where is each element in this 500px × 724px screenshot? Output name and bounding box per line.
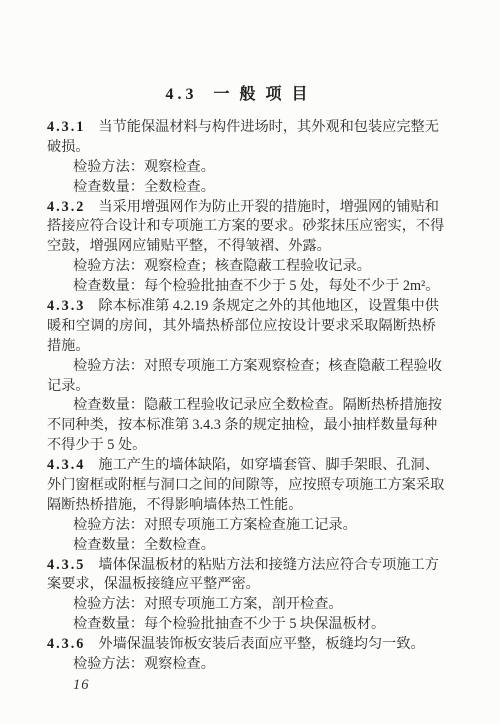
text-line: 检查数量：全数检查。 — [47, 536, 436, 556]
text-line: 检验方法：观察检查。 — [47, 158, 436, 178]
text-line: 4.3.2当采用增强网作为防止开裂的措施时，增强网的铺贴和 — [47, 198, 436, 218]
text-line: 检验方法：对照专项施工方案，剖开检查。 — [47, 595, 436, 615]
clause-number: 4.3.4 — [47, 457, 85, 473]
clause-number: 4.3.3 — [47, 298, 85, 314]
clause-text: 当节能保温材料与构件进场时，其外观和包装应完整无 — [98, 119, 439, 135]
text-line: 检查数量：每个检验批抽查不少于 5 块保温板材。 — [47, 615, 436, 635]
document-page: 4.3一般项目 4.3.1当节能保温材料与构件进场时，其外观和包装应完整无破损。… — [0, 0, 500, 724]
clause-number: 4.3.2 — [47, 199, 85, 215]
text-line: 破损。 — [47, 138, 436, 158]
clause-4.3.4: 4.3.4施工产生的墙体缺陷，如穿墙套管、脚手架眼、孔洞、外门窗框或附框与洞口之… — [47, 456, 436, 555]
text-line: 措施。 — [47, 337, 436, 357]
page-number: 16 — [73, 677, 90, 694]
text-line: 检验方法：观察检查。 — [47, 655, 436, 675]
clause-number: 4.3.1 — [47, 119, 85, 135]
text-line: 不得少于 5 处。 — [47, 436, 436, 456]
text-line: 记录。 — [47, 377, 436, 397]
clause-text: 外墙保温装饰板安装后表面应平整，板缝均匀一致。 — [98, 636, 424, 652]
text-line: 不同种类，按本标准第 3.4.3 条的规定抽检，最小抽样数量每种 — [47, 416, 436, 436]
clause-4.3.1: 4.3.1当节能保温材料与构件进场时，其外观和包装应完整无破损。检验方法：观察检… — [47, 118, 436, 198]
clause-number: 4.3.6 — [47, 636, 85, 652]
text-line: 检查数量：全数检查。 — [47, 178, 436, 198]
text-line: 4.3.1当节能保温材料与构件进场时，其外观和包装应完整无 — [47, 118, 436, 138]
section-title: 一般项目 — [213, 86, 317, 103]
clause-text: 施工产生的墙体缺陷，如穿墙套管、脚手架眼、孔洞、 — [98, 457, 439, 473]
text-line: 检验方法：对照专项施工方案检查施工记录。 — [47, 516, 436, 536]
clause-4.3.3: 4.3.3除本标准第 4.2.19 条规定之外的其他地区，设置集中供暖和空调的房… — [47, 297, 436, 456]
text-line: 检查数量：每个检验批抽查不少于 5 处，每处不少于 2m²。 — [47, 277, 436, 297]
section-number: 4.3 — [165, 86, 197, 103]
text-line: 4.3.6外墙保温装饰板安装后表面应平整，板缝均匀一致。 — [47, 635, 436, 655]
section-heading: 4.3一般项目 — [47, 84, 436, 106]
clause-text: 除本标准第 4.2.19 条规定之外的其他地区，设置集中供 — [98, 298, 439, 314]
clause-number: 4.3.5 — [47, 557, 85, 573]
text-line: 4.3.5墙体保温板材的粘贴方法和接缝方法应符合专项施工方 — [47, 556, 436, 576]
clause-4.3.5: 4.3.5墙体保温板材的粘贴方法和接缝方法应符合专项施工方案要求，保温板接缝应平… — [47, 556, 436, 636]
text-line: 检验方法：观察检查；核查隐蔽工程验收记录。 — [47, 257, 436, 277]
text-line: 空鼓，增强网应铺贴平整，不得皱褶、外露。 — [47, 237, 436, 257]
text-line: 外门窗框或附框与洞口之间的间隙等，应按照专项施工方案采取 — [47, 476, 436, 496]
clause-4.3.2: 4.3.2当采用增强网作为防止开裂的措施时，增强网的铺贴和搭接应符合设计和专项施… — [47, 198, 436, 297]
text-line: 隔断热桥措施，不得影响墙体热工性能。 — [47, 496, 436, 516]
text-line: 暖和空调的房间，其外墙热桥部位应按设计要求采取隔断热桥 — [47, 317, 436, 337]
text-line: 检验方法：对照专项施工方案观察检查；核查隐蔽工程验收 — [47, 357, 436, 377]
text-line: 4.3.3除本标准第 4.2.19 条规定之外的其他地区，设置集中供 — [47, 297, 436, 317]
clause-text: 当采用增强网作为防止开裂的措施时，增强网的铺贴和 — [98, 199, 439, 215]
text-line: 案要求，保温板接缝应平整严密。 — [47, 575, 436, 595]
clause-text: 墙体保温板材的粘贴方法和接缝方法应符合专项施工方 — [98, 557, 439, 573]
clause-4.3.6: 4.3.6外墙保温装饰板安装后表面应平整，板缝均匀一致。检验方法：观察检查。 — [47, 635, 436, 675]
text-line: 4.3.4施工产生的墙体缺陷，如穿墙套管、脚手架眼、孔洞、 — [47, 456, 436, 476]
text-line: 检查数量：隐蔽工程验收记录应全数检查。隔断热桥措施按 — [47, 396, 436, 416]
clauses-container: 4.3.1当节能保温材料与构件进场时，其外观和包装应完整无破损。检验方法：观察检… — [47, 118, 436, 675]
text-line: 搭接应符合设计和专项施工方案的要求。砂浆抹压应密实，不得 — [47, 217, 436, 237]
